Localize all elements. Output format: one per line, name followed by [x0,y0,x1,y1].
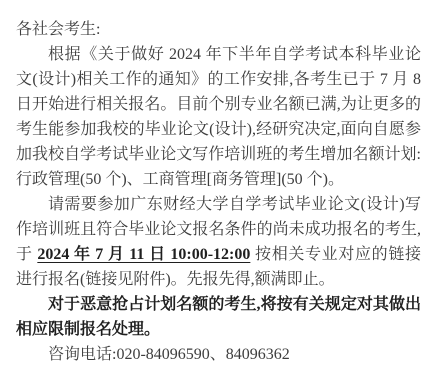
paragraph-signup-instructions: 请需要参加广东财经大学自学考试毕业论文(设计)写作培训班且符合毕业论文报名条件的… [16,192,421,292]
contact-line: 咨询电话:020-84096590、84096362 [16,342,421,367]
signup-deadline: 2024 年 7 月 11 日 10:00-12:00 [37,246,250,263]
paragraph-registration-info: 根据《关于做好 2024 年下半年自学考试本科毕业论文(设计)相关工作的通知》的… [16,42,421,192]
contact-phone-numbers: 020-84096590、84096362 [116,346,289,363]
salutation: 各社会考生: [16,17,421,42]
contact-label: 咨询电话: [48,346,116,363]
paragraph-warning: 对于恶意抢占计划名额的考生,将按有关规定对其做出相应限制报名处理。 [16,292,421,342]
notice-document: 各社会考生: 根据《关于做好 2024 年下半年自学考试本科毕业论文(设计)相关… [0,0,437,372]
